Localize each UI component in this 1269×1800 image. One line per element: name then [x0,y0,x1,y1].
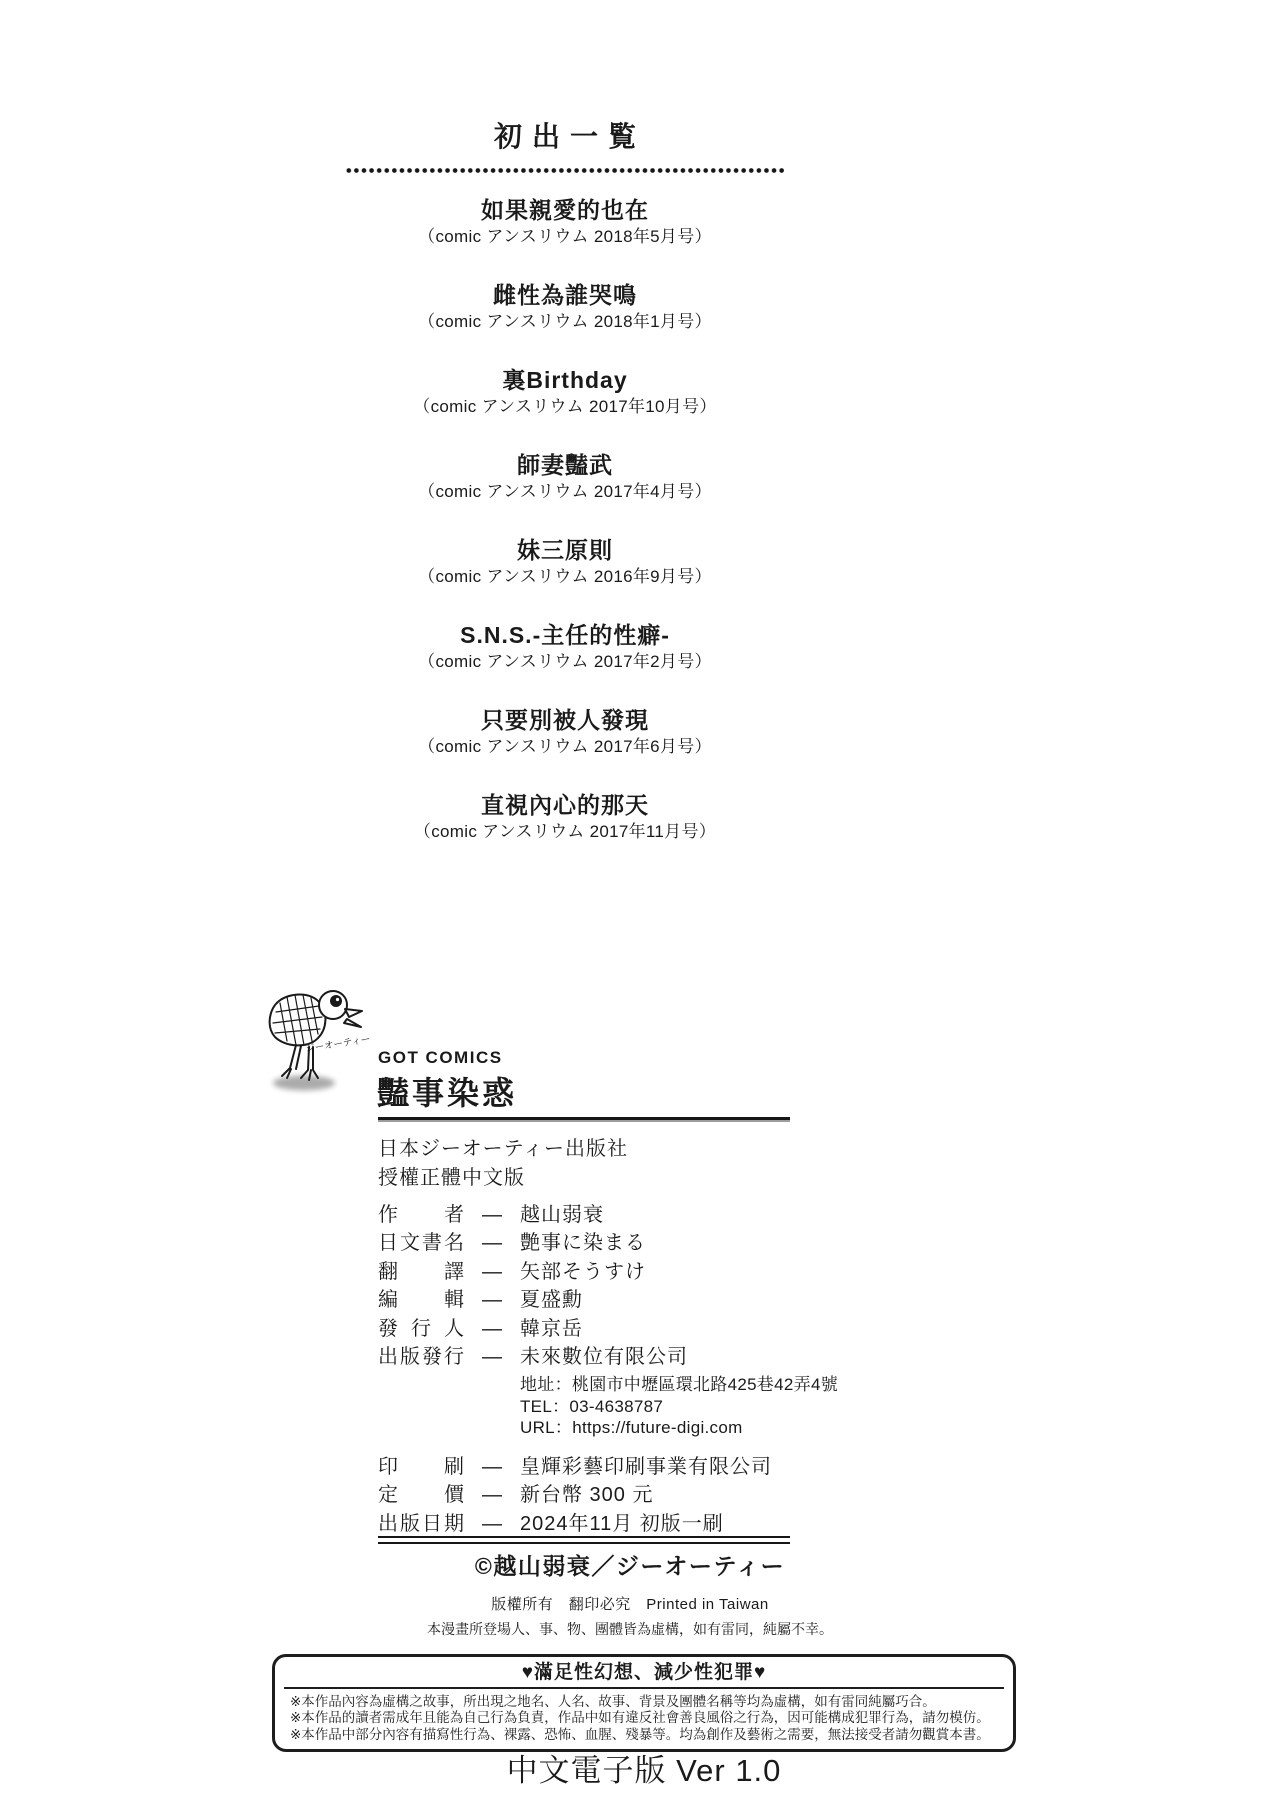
credit-value: 夏盛勳 [520,1286,898,1314]
publisher-url: URL：https://future-digi.com [520,1417,898,1439]
credit-row-japanese-title: 日文書名 — 艶事に染まる [378,1229,898,1257]
credit-value: 未來數位有限公司 [520,1343,898,1371]
fiction-disclaimer: 本漫畫所登場人、事、物、團體皆為虛構，如有雷同，純屬不幸。 [378,1619,882,1639]
license-line: 日本ジーオーティー出版社 [378,1135,898,1164]
warning-line: ※本作品中部分內容有描寫性行為、裸露、恐怖、血腥、殘暴等。均為創作及藝術之需要，… [290,1727,998,1743]
credit-dash: — [464,1510,520,1538]
mascot-shadow [273,1076,335,1091]
warning-line: ※本作品內容為虛構之故事，所出現之地名、人名、故事、背景及團體名稱等均為虛構，如… [290,1694,998,1710]
credit-label: 出版發行 [378,1343,464,1371]
double-rule [378,1536,790,1544]
credit-label: 出版日期 [378,1510,464,1538]
publisher-details: 地址：桃園市中壢區環北路425巷42弄4號 TEL：03-4638787 URL… [520,1374,898,1439]
got-bird-mascot-icon: ジーオーティー [256,984,374,1098]
copyright-line: ©越山弱衰／ジーオーティー [378,1552,882,1580]
colophon-page: 初出一覧 如果親愛的也在 （comic アンスリウム 2018年5月号） 雌性為… [0,0,1269,1800]
credit-label: 編輯 [378,1286,464,1314]
credit-value: 艶事に染まる [520,1229,898,1257]
credit-dash: — [464,1201,520,1229]
credit-dash: — [464,1286,520,1314]
entry-source: （comic アンスリウム 2017年6月号） [345,735,785,759]
credit-label: 作者 [378,1201,464,1229]
publication-entry: 直視內心的那天 （comic アンスリウム 2017年11月号） [345,790,785,844]
title-rule [378,1117,790,1122]
publication-entry: 妹三原則 （comic アンスリウム 2016年9月号） [345,535,785,589]
entry-source: （comic アンスリウム 2016年9月号） [345,565,785,589]
credit-label: 日文書名 [378,1229,464,1257]
spacer [378,1439,898,1453]
credit-row-publish-date: 出版日期 — 2024年11月 初版一刷 [378,1510,898,1538]
entry-title: 如果親愛的也在 [345,195,785,225]
entry-source: （comic アンスリウム 2017年4月号） [345,480,785,504]
publication-entry: 師妻豔武 （comic アンスリウム 2017年4月号） [345,450,785,504]
entry-source: （comic アンスリウム 2017年11月号） [345,820,785,844]
content-warning-box: ♥滿足性幻想、減少性犯罪♥ ※本作品內容為虛構之故事，所出現之地名、人名、故事、… [272,1654,1016,1752]
entry-title: 師妻豔武 [345,450,785,480]
credit-label: 翻譯 [378,1258,464,1286]
publication-entry: 裏Birthday （comic アンスリウム 2017年10月号） [345,365,785,419]
copyright-block: ©越山弱衰／ジーオーティー 版權所有 翻印必究 Printed in Taiwa… [378,1552,882,1639]
edition-version: 中文電子版 Ver 1.0 [272,1745,1016,1790]
entry-source: （comic アンスリウム 2018年5月号） [345,225,785,249]
credit-value: 越山弱衰 [520,1201,898,1229]
credit-dash: — [464,1453,520,1481]
entry-title: 雌性為誰哭鳴 [345,280,785,310]
entry-title: 妹三原則 [345,535,785,565]
entry-title: S.N.S.-主任的性癖- [345,620,785,650]
credit-value: 矢部そうすけ [520,1258,898,1286]
colophon-credits: 日本ジーオーティー出版社 授權正體中文版 作者 — 越山弱衰 日文書名 — 艶事… [378,1135,898,1538]
entry-source: （comic アンスリウム 2018年1月号） [345,310,785,334]
credit-label: 發行人 [378,1315,464,1343]
entry-title: 裏Birthday [345,365,785,395]
publication-entry: 如果親愛的也在 （comic アンスリウム 2018年5月号） [345,195,785,249]
credit-dash: — [464,1229,520,1257]
credit-value: 韓京岳 [520,1315,898,1343]
entry-source: （comic アンスリウム 2017年2月号） [345,650,785,674]
publication-entry: 只要別被人發現 （comic アンスリウム 2017年6月号） [345,705,785,759]
credit-value: 2024年11月 初版一刷 [520,1510,898,1538]
warning-line: ※本作品的讀者需成年且能為自己行為負責，作品中如有違反社會善良風俗之行為，因可能… [290,1710,998,1726]
publication-entry: 雌性為誰哭鳴 （comic アンスリウム 2018年1月号） [345,280,785,334]
book-title: 豔事染惑 [377,1068,517,1114]
credit-row-author: 作者 — 越山弱衰 [378,1201,898,1229]
publication-entry: S.N.S.-主任的性癖- （comic アンスリウム 2017年2月号） [345,620,785,674]
credit-value: 新台幣 300 元 [520,1481,898,1509]
entry-source: （comic アンスリウム 2017年10月号） [345,395,785,419]
page-title: 初出一覧 [345,120,785,154]
first-publication-list: 初出一覧 如果親愛的也在 （comic アンスリウム 2018年5月号） 雌性為… [345,120,785,875]
credit-row-translator: 翻譯 — 矢部そうすけ [378,1258,898,1286]
credit-row-printer: 印刷 — 皇輝彩藝印刷事業有限公司 [378,1453,898,1481]
imprint-label: GOT COMICS [378,1048,503,1068]
warning-separator [284,1687,1004,1689]
credit-row-issuer: 發行人 — 韓京岳 [378,1315,898,1343]
credit-row-publisher: 出版發行 — 未來數位有限公司 [378,1343,898,1371]
entry-title: 直視內心的那天 [345,790,785,820]
credit-dash: — [464,1481,520,1509]
publisher-tel: TEL：03-4638787 [520,1396,898,1418]
credit-value: 皇輝彩藝印刷事業有限公司 [520,1453,898,1481]
credit-dash: — [464,1315,520,1343]
credit-dash: — [464,1258,520,1286]
license-line: 授權正體中文版 [378,1164,898,1193]
credit-row-editor: 編輯 — 夏盛勳 [378,1286,898,1314]
rights-line: 版權所有 翻印必究 Printed in Taiwan [378,1593,882,1614]
entry-title: 只要別被人發現 [345,705,785,735]
credit-row-price: 定價 — 新台幣 300 元 [378,1481,898,1509]
credit-label: 印刷 [378,1453,464,1481]
dotted-divider [345,168,785,173]
credit-label: 定價 [378,1481,464,1509]
credit-dash: — [464,1343,520,1371]
warning-heading: ♥滿足性幻想、減少性犯罪♥ [275,1661,1013,1685]
publisher-address: 地址：桃園市中壢區環北路425巷42弄4號 [520,1374,898,1396]
warning-lines: ※本作品內容為虛構之故事，所出現之地名、人名、故事、背景及團體名稱等均為虛構，如… [275,1694,1013,1743]
